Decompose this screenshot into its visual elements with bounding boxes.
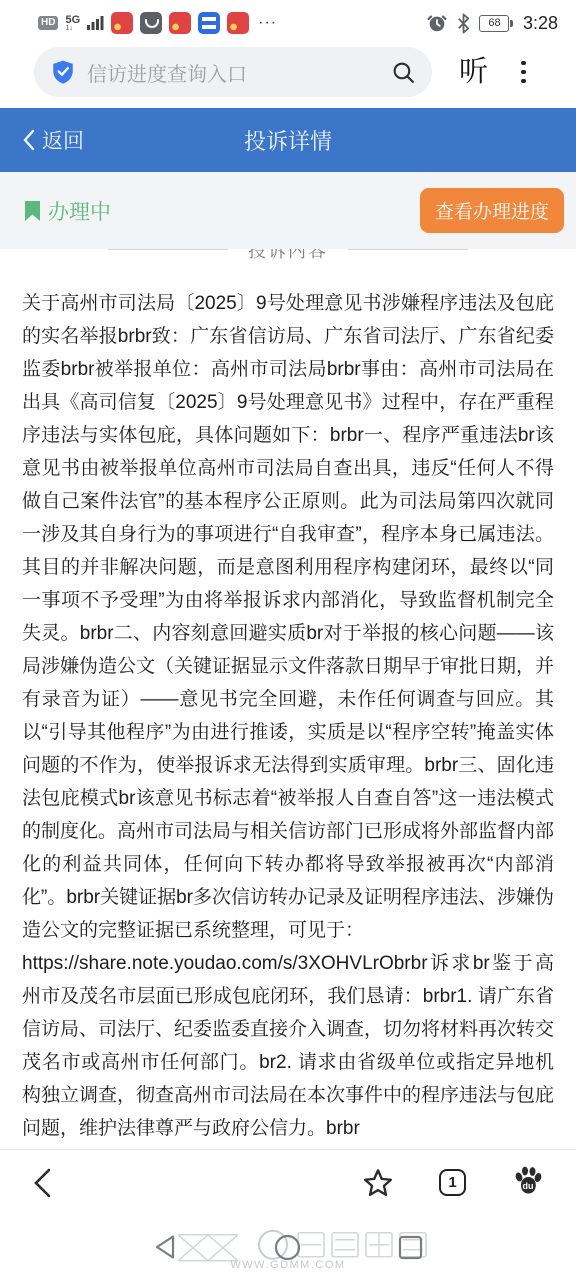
bluetooth-icon xyxy=(456,13,471,34)
complaint-body-text: 关于高州市司法局〔2025〕9号处理意见书涉嫌程序违法及包庇的实名举报brbr致… xyxy=(22,287,554,1145)
view-progress-button[interactable]: 查看办理进度 xyxy=(420,188,564,233)
notification-app-icon-red-3 xyxy=(227,12,249,34)
clock-time: 3:28 xyxy=(523,13,558,34)
status-bar: HD 5G 1↓ ··· 68 3:28 xyxy=(0,0,576,42)
back-label: 返回 xyxy=(42,125,84,155)
browser-search-row: 信访进度查询入口 听 xyxy=(0,42,576,108)
divider-line-right xyxy=(348,249,468,250)
security-shield-icon xyxy=(50,59,76,85)
status-bar-left: HD 5G 1↓ ··· xyxy=(38,12,277,34)
hd-badge: HD xyxy=(38,16,58,30)
battery-indicator: 68 xyxy=(479,15,513,32)
android-home-icon[interactable] xyxy=(274,1234,301,1261)
status-label: 办理中 xyxy=(48,196,111,226)
android-nav-bar: WWW.GDMM.COM xyxy=(0,1215,576,1279)
search-icon[interactable] xyxy=(391,60,416,85)
browser-menu-icon[interactable] xyxy=(517,57,530,88)
search-input[interactable]: 信访进度查询入口 xyxy=(34,47,432,97)
baidu-du-label: du xyxy=(523,1181,534,1191)
page-title: 投诉详情 xyxy=(0,125,576,156)
search-placeholder-text: 信访进度查询入口 xyxy=(87,58,391,87)
tab-count-value: 1 xyxy=(448,1174,456,1191)
status-badge: 办理中 xyxy=(24,196,111,226)
status-bar-right: 68 3:28 xyxy=(426,12,558,34)
network-type-label: 5G 1↓ xyxy=(65,15,80,32)
browser-toolbar: 1 du xyxy=(0,1149,576,1215)
baidu-home-button[interactable]: du xyxy=(512,1165,544,1200)
notification-app-icon-red-1 xyxy=(111,12,133,34)
status-section: 办理中 查看办理进度 xyxy=(0,172,576,249)
more-notifications-ellipsis: ··· xyxy=(258,14,277,32)
android-back-icon[interactable] xyxy=(153,1234,177,1260)
toolbar-right-group: 1 du xyxy=(363,1165,544,1200)
section-title-clipped: 投诉内容 xyxy=(22,249,554,263)
android-recents-icon[interactable] xyxy=(398,1235,423,1260)
toolbar-back-icon[interactable] xyxy=(32,1167,52,1199)
android-nav-icons xyxy=(0,1215,576,1279)
chevron-left-icon xyxy=(22,129,35,151)
alarm-clock-icon xyxy=(426,12,448,34)
notification-app-icon-blue xyxy=(198,12,220,34)
bookmark-star-icon[interactable] xyxy=(363,1168,393,1197)
divider-line-left xyxy=(108,249,228,250)
complaint-content: 投诉内容 关于高州市司法局〔2025〕9号处理意见书涉嫌程序违法及包庇的实名举报… xyxy=(0,249,576,1149)
section-title-text: 投诉内容 xyxy=(248,249,328,263)
page-header: 返回 投诉详情 xyxy=(0,108,576,172)
tab-count-button[interactable]: 1 xyxy=(439,1169,466,1196)
bookmark-icon xyxy=(24,200,41,222)
listen-button[interactable]: 听 xyxy=(459,58,488,87)
signal-bars-icon xyxy=(87,15,104,31)
notification-app-icon-red-2 xyxy=(169,12,191,34)
back-button[interactable]: 返回 xyxy=(22,125,84,155)
notification-app-icon-bag xyxy=(140,12,162,34)
